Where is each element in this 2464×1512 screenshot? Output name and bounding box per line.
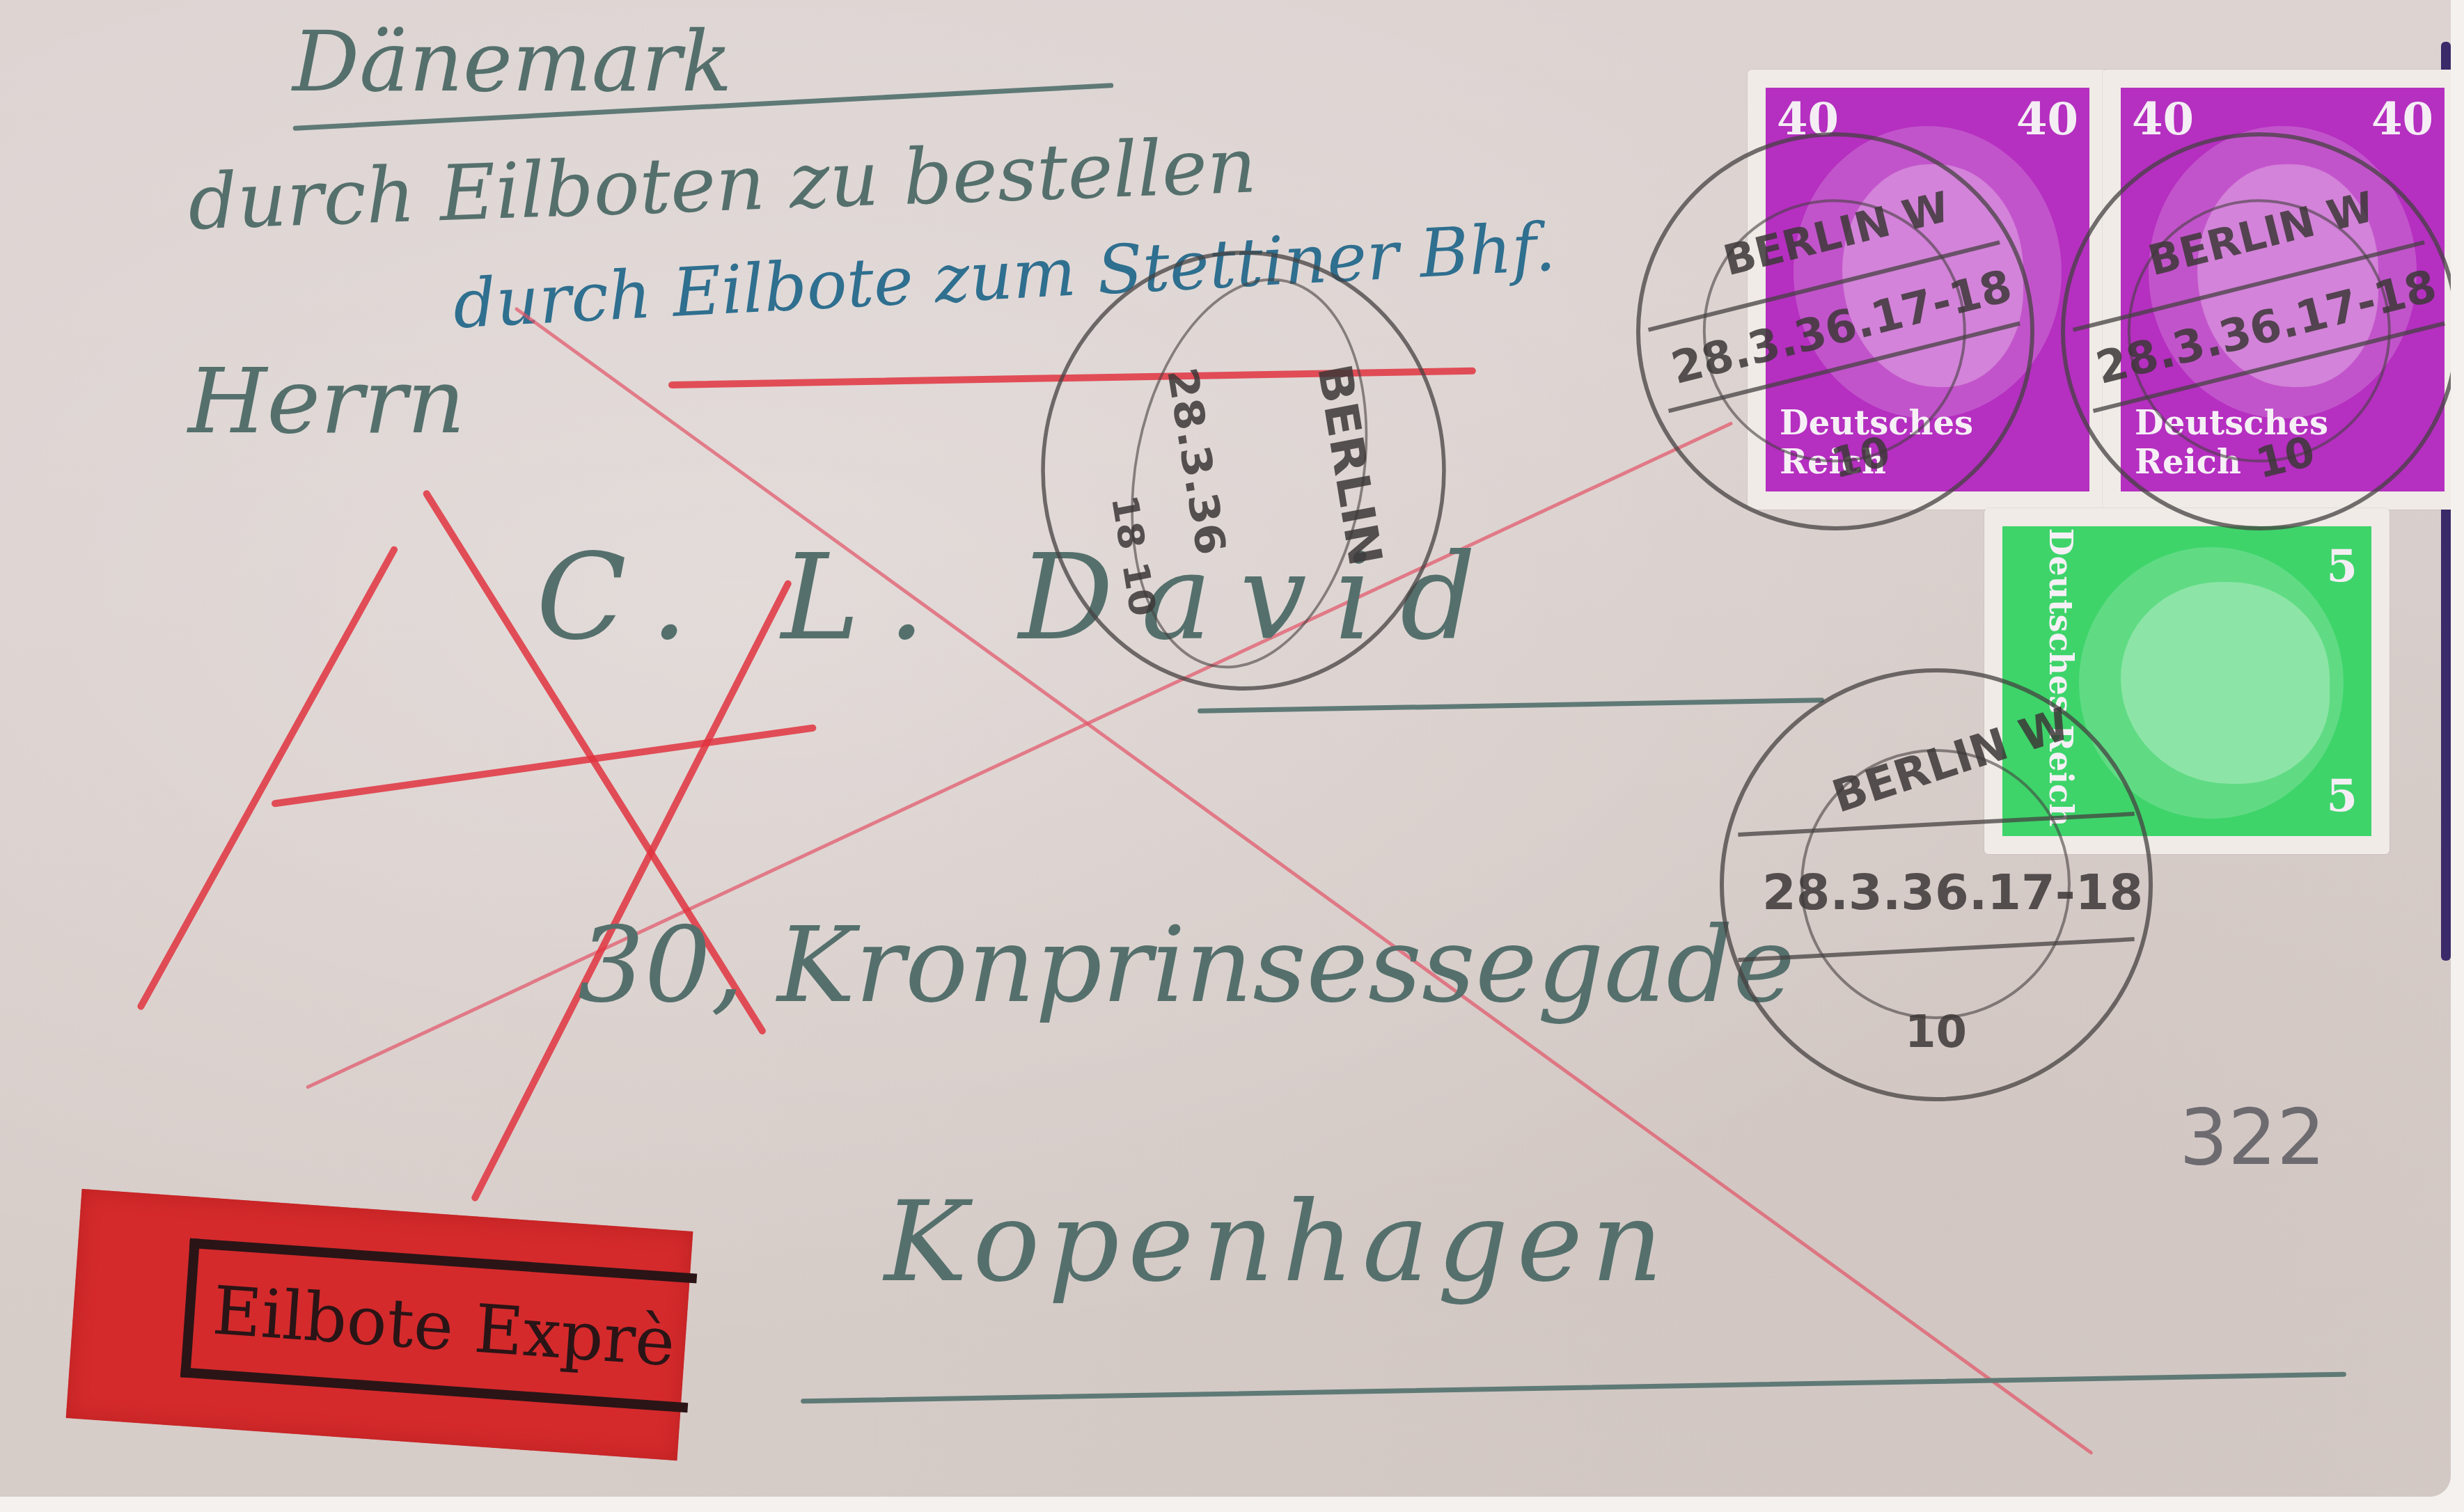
salutation: Herrn [188, 348, 465, 454]
express-delivery-label: Eilbote Exprè [66, 1189, 693, 1461]
postmark-berlin-arrival: BERLIN 28.3.36 18 10 [1041, 251, 1445, 691]
city: Kopenhagen [884, 1176, 1671, 1307]
recipient-underline [1198, 698, 1824, 714]
instruction-line: durch Eilboten zu bestellen [187, 120, 1258, 246]
crayon-a-cross [271, 724, 817, 808]
crayon-a-extra [471, 579, 793, 1203]
street-address: 30, Kronprinsessegade [578, 905, 1795, 1026]
envelope: Dänemark durch Eilboten zu bestellen dur… [0, 0, 2451, 1497]
city-underline [801, 1372, 2346, 1404]
crayon-a-left [136, 545, 399, 1011]
pencil-number: 322 [2179, 1093, 2325, 1182]
postmark-berlin-w-3: BERLIN W 28.3.36.17-18 10 [1720, 668, 2153, 1101]
destination-country: Dänemark [292, 14, 732, 111]
